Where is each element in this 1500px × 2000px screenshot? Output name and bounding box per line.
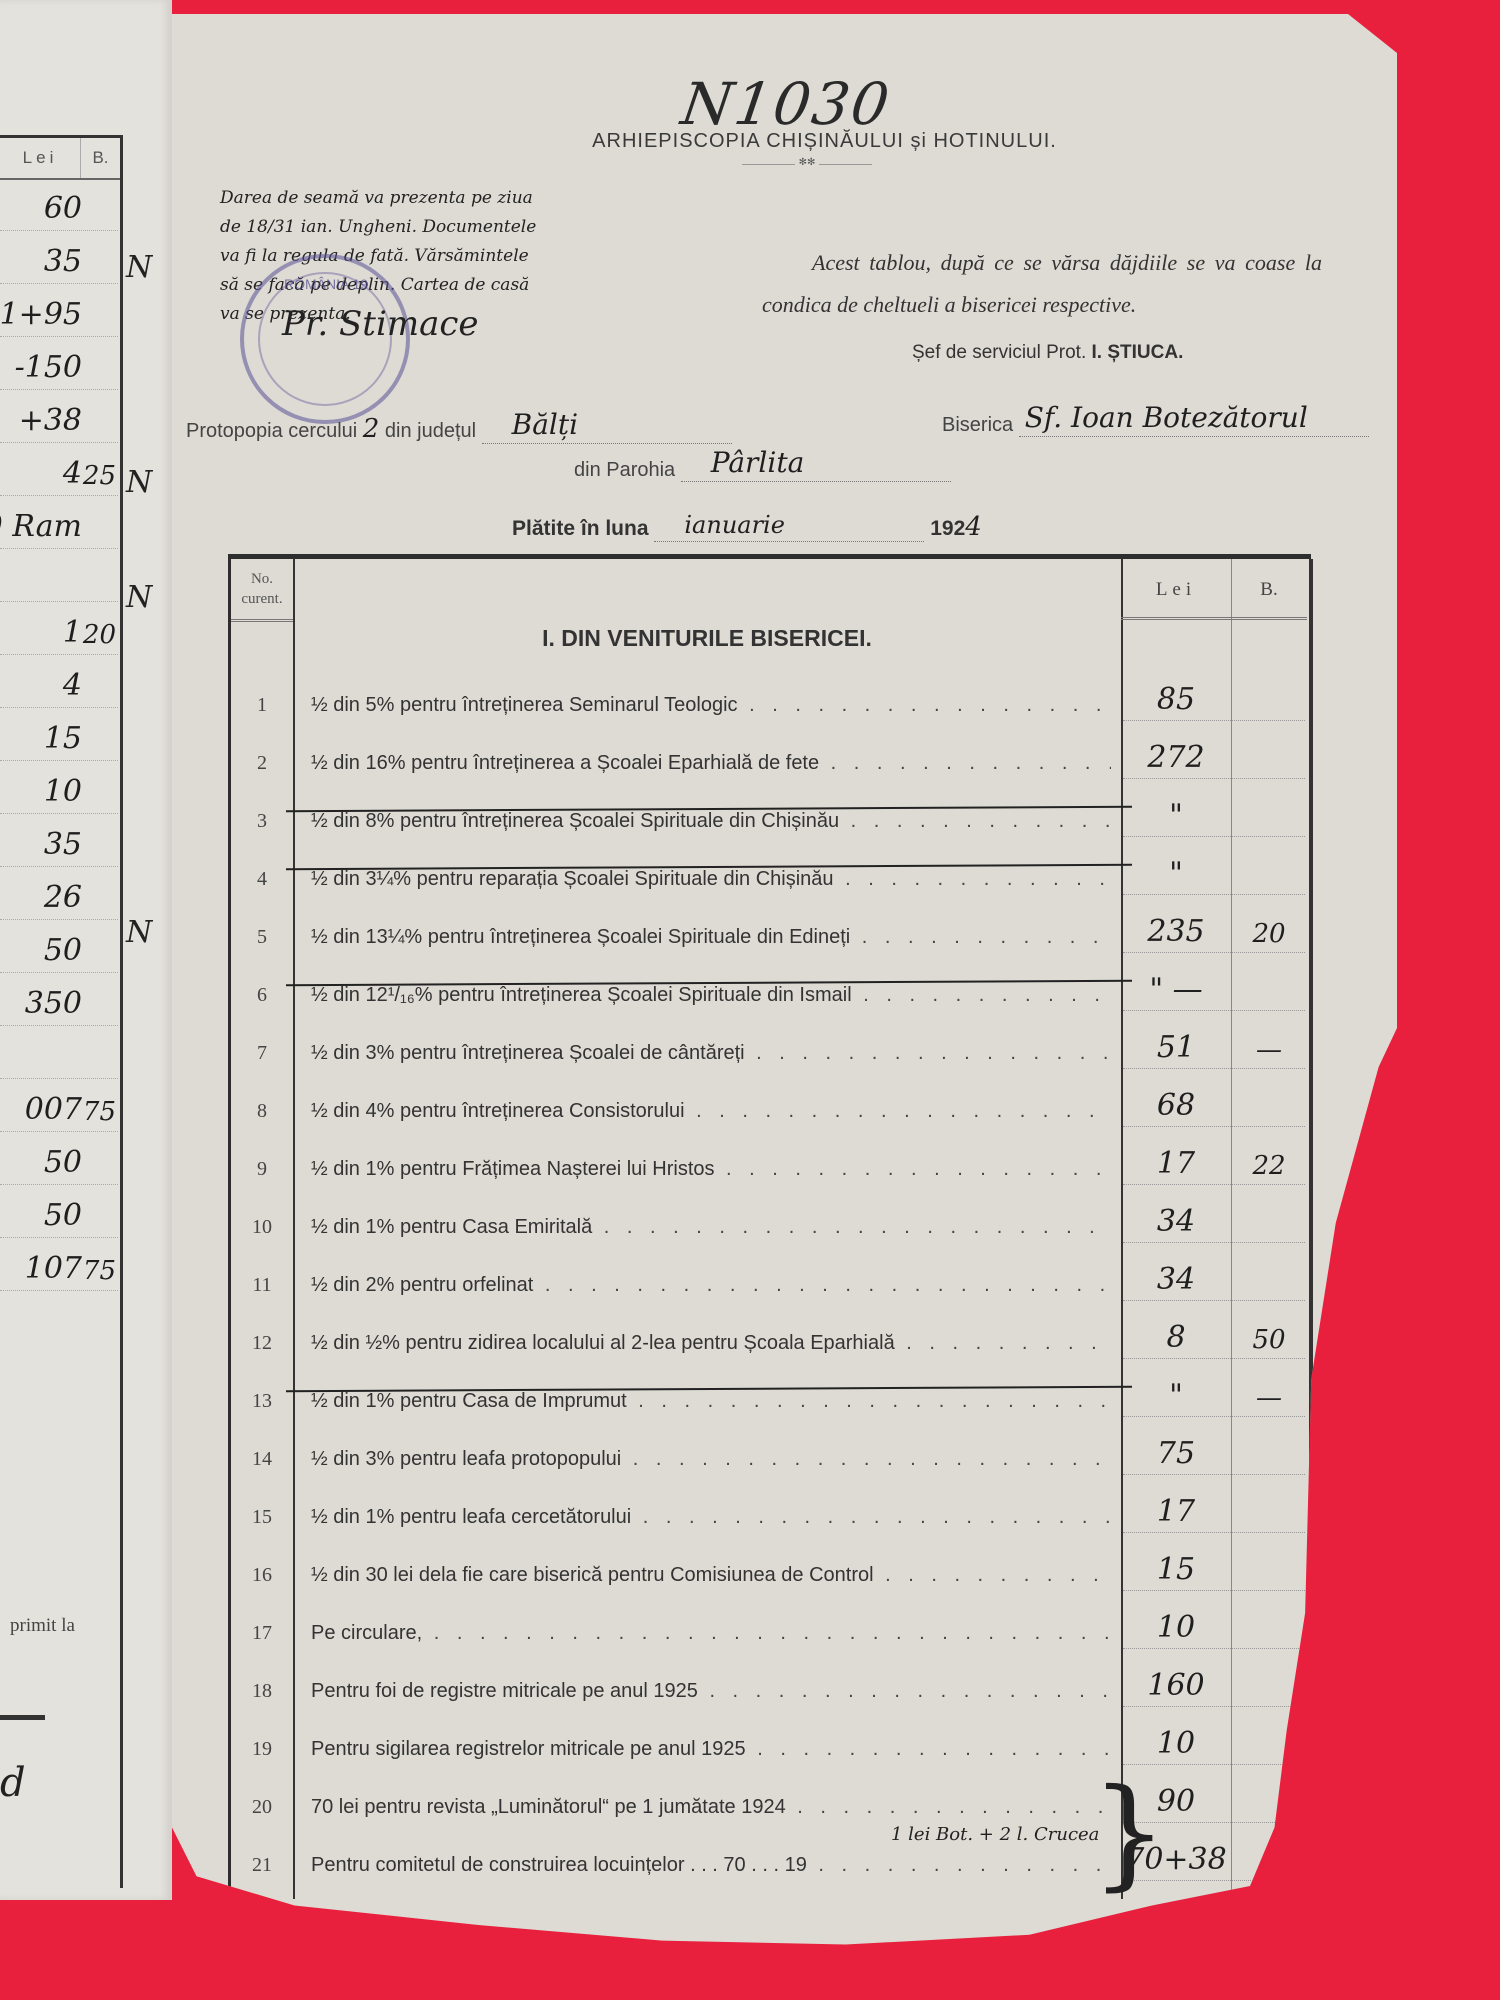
row-number: 18 bbox=[231, 1680, 293, 1703]
row-amount-bani: 20 bbox=[83, 620, 116, 650]
table-row: 3½ din 8% pentru întreținerea Școalei Sp… bbox=[231, 780, 1307, 837]
row-description: ½ din 4% pentru întreținerea Consistorul… bbox=[311, 1100, 1111, 1123]
row-amount-lei: 160 bbox=[1121, 1668, 1231, 1703]
field-value: 2 bbox=[363, 414, 380, 444]
table-row: 16½ din 30 lei dela fie care biserică pe… bbox=[231, 1534, 1307, 1591]
row-amount-lei: 007 bbox=[25, 1092, 82, 1127]
row-description: ½ din 1% pentru Frățimea Nașterei lui Hr… bbox=[311, 1158, 1111, 1181]
table-row: 18Pentru foi de registre mitricale pe an… bbox=[231, 1650, 1307, 1707]
previous-page-row: 50 bbox=[0, 1134, 118, 1185]
row-rule bbox=[1123, 1532, 1305, 1533]
row-number: 16 bbox=[231, 1564, 293, 1587]
table-row: 1½ din 5% pentru întreținerea Seminarul … bbox=[231, 664, 1307, 721]
table-row: 4½ din 3¼% pentru reparația Școalei Spir… bbox=[231, 838, 1307, 895]
row-amount-lei: 235 bbox=[1121, 914, 1231, 949]
previous-page-row: +38 bbox=[0, 392, 118, 443]
field-biserica: Biserica Sf. Ioan Botezătorul bbox=[942, 414, 1369, 437]
row-number: 6 bbox=[231, 984, 293, 1007]
previous-page-row bbox=[0, 551, 118, 602]
previous-page-row: 3/sa 30 Ram bbox=[0, 498, 118, 549]
row-rule bbox=[1123, 1706, 1305, 1707]
row-amount-lei: 350 bbox=[25, 986, 82, 1021]
row-amount-lei: 1 bbox=[63, 615, 82, 650]
row-rule bbox=[1123, 1358, 1305, 1359]
row-amount-lei: 50 bbox=[44, 1198, 82, 1233]
previous-page-row: 350 bbox=[0, 975, 118, 1026]
row-description: ½ din 1% pentru Casa de Imprumut bbox=[311, 1390, 1111, 1413]
row-number: 7 bbox=[231, 1042, 293, 1065]
previous-page-row: 35 bbox=[0, 233, 118, 284]
field-label: din județul bbox=[385, 420, 476, 442]
table-row: 7½ din 3% pentru întreținerea Școalei de… bbox=[231, 1012, 1307, 1069]
field-label: Protopopia cercului bbox=[186, 420, 357, 442]
row-amount-bani: 20 bbox=[1231, 919, 1307, 949]
title-ornament: ✻✻ bbox=[742, 164, 872, 176]
table-row: 13½ din 1% pentru Casa de Imprumut"— bbox=[231, 1360, 1307, 1417]
row-rule bbox=[1123, 1474, 1305, 1475]
row-amount-lei: " bbox=[1121, 798, 1231, 833]
table-row: 19Pentru sigilarea registrelor mitricale… bbox=[231, 1708, 1307, 1765]
signatory-name: I. ȘTIUCA. bbox=[1092, 342, 1184, 363]
row-amount-lei: 4 bbox=[63, 456, 82, 491]
previous-page-row: 35 bbox=[0, 816, 118, 867]
row-description: ½ din 3% pentru întreținerea Școalei de … bbox=[311, 1042, 1111, 1065]
row-amount-lei: 75 bbox=[1121, 1436, 1231, 1471]
stamp-signature: Pr. Stimace bbox=[282, 304, 479, 344]
row-amount-lei: 3/sa 30 Ram bbox=[0, 509, 82, 544]
table-row: 15½ din 1% pentru leafa cercetătorului17 bbox=[231, 1476, 1307, 1533]
table-row: 8½ din 4% pentru întreținerea Consistoru… bbox=[231, 1070, 1307, 1127]
row-amount-lei: 17 bbox=[1121, 1494, 1231, 1529]
signatory-label: Șef de serviciul Prot. bbox=[912, 342, 1086, 363]
previous-page-row: 10 bbox=[0, 763, 118, 814]
row-amount-bani: 50 bbox=[1231, 1325, 1307, 1355]
row-amount-lei: 10 bbox=[1121, 1726, 1231, 1761]
previous-page-row: 15 bbox=[0, 710, 118, 761]
row-amount-lei: 85 bbox=[1121, 682, 1231, 717]
row-amount-lei: " — bbox=[1121, 972, 1231, 1007]
row-amount-lei: 50 bbox=[44, 933, 82, 968]
row-number: 3 bbox=[231, 810, 293, 833]
row-description: ½ din ½% pentru zidirea localului al 2-l… bbox=[311, 1332, 1111, 1355]
margin-check-mark: N bbox=[126, 250, 152, 285]
row-annotation: 1 lei Bot. + 2 l. Crucea bbox=[891, 1824, 1099, 1845]
previous-page-row: 4 bbox=[0, 657, 118, 708]
row-description: ½ din 30 lei dela fie care biserică pent… bbox=[311, 1564, 1111, 1587]
row-number: 5 bbox=[231, 926, 293, 949]
row-rule bbox=[1123, 1242, 1305, 1243]
margin-check-mark: N bbox=[126, 580, 152, 615]
row-number: 2 bbox=[231, 752, 293, 775]
row-amount-lei: 34 bbox=[1121, 1262, 1231, 1297]
column-header-no: No. curent. bbox=[231, 569, 293, 609]
row-rule bbox=[1123, 720, 1305, 721]
row-amount-lei: 10 bbox=[1121, 1610, 1231, 1645]
row-description: ½ din 3¼% pentru reparația Școalei Spiri… bbox=[311, 868, 1111, 891]
previous-page-row: -150 bbox=[0, 339, 118, 390]
field-value: Sf. Ioan Botezătorul bbox=[1025, 401, 1308, 434]
row-description: ½ din 8% pentru întreținerea Școalei Spi… bbox=[311, 810, 1111, 833]
row-description: Pentru foi de registre mitricale pe anul… bbox=[311, 1680, 1111, 1703]
row-amount-lei: 60 bbox=[44, 191, 82, 226]
row-amount-lei: +38 bbox=[19, 403, 82, 438]
previous-page-row: 50 bbox=[0, 1187, 118, 1238]
row-description: ½ din 1% pentru Casa Emiritală bbox=[311, 1216, 1111, 1239]
row-amount-lei: 26 bbox=[44, 880, 82, 915]
row-description: ½ din 2% pentru orfelinat bbox=[311, 1274, 1111, 1297]
column-header-bani: B. bbox=[1231, 579, 1307, 601]
field-label: Biserica bbox=[942, 414, 1013, 436]
row-amount-lei: -150 bbox=[15, 350, 82, 385]
column-header-bani: B. bbox=[81, 138, 120, 178]
stamp-text: ROMÂNIA 19 bbox=[284, 276, 368, 292]
row-number: 12 bbox=[231, 1332, 293, 1355]
row-rule bbox=[1123, 1300, 1305, 1301]
row-rule bbox=[1123, 1126, 1305, 1127]
row-number: 20 bbox=[231, 1796, 293, 1819]
table-row: 17Pe circulare,10 bbox=[231, 1592, 1307, 1649]
table-row: 12½ din ½% pentru zidirea localului al 2… bbox=[231, 1302, 1307, 1359]
field-judet: Bălți bbox=[482, 423, 732, 444]
row-rule bbox=[1123, 1590, 1305, 1591]
row-number: 14 bbox=[231, 1448, 293, 1471]
row-description: ½ din 5% pentru întreținerea Seminarul T… bbox=[311, 694, 1111, 717]
previous-page-row: 00775 bbox=[0, 1081, 118, 1132]
row-rule bbox=[1123, 836, 1305, 837]
row-rule bbox=[1123, 1184, 1305, 1185]
field-label: din Parohia bbox=[574, 459, 675, 481]
row-number: 10 bbox=[231, 1216, 293, 1239]
row-amount-lei: " bbox=[1121, 856, 1231, 891]
previous-page-row: 1+95 bbox=[0, 286, 118, 337]
row-amount-bani: 22 bbox=[1231, 1151, 1307, 1181]
previous-page-footer-text: primit la bbox=[10, 1615, 75, 1637]
table-row: 14½ din 3% pentru leafa protopopului75 bbox=[231, 1418, 1307, 1475]
table-row: 2½ din 16% pentru întreținerea a Școalei… bbox=[231, 722, 1307, 779]
row-rule bbox=[1123, 1010, 1305, 1011]
field-label: Plătite în luna bbox=[512, 517, 649, 540]
row-rule bbox=[1123, 894, 1305, 895]
table-row: 21Pentru comitetul de construirea locuin… bbox=[231, 1824, 1307, 1881]
row-amount-lei: 1+95 bbox=[0, 297, 82, 332]
row-amount-lei: 272 bbox=[1121, 740, 1231, 775]
row-number: 17 bbox=[231, 1622, 293, 1645]
signatory: Șef de serviciul Prot. I. ȘTIUCA. bbox=[912, 342, 1183, 364]
previous-page-row: 10775 bbox=[0, 1240, 118, 1291]
instruction-text: Acest tablou, după ce se vărsa dăjdiile … bbox=[762, 242, 1322, 326]
section-title: I. DIN VENITURILE BISERICEI. bbox=[293, 625, 1121, 652]
row-amount-bani: — bbox=[1231, 1035, 1307, 1065]
row-amount-lei: 35 bbox=[44, 244, 82, 279]
column-header-lei: Lei bbox=[0, 138, 81, 178]
table-row: 9½ din 1% pentru Frățimea Nașterei lui H… bbox=[231, 1128, 1307, 1185]
row-amount-lei: 68 bbox=[1121, 1088, 1231, 1123]
row-amount-lei: 15 bbox=[1121, 1552, 1231, 1587]
previous-page-fragment: Lei B. 60351+95-150+384253/sa 30 Ram1204… bbox=[0, 0, 172, 1900]
document-title: ARHIEPISCOPIA CHIȘINĂULUI și HOTINULUI. bbox=[172, 130, 1397, 153]
year-printed: 192 bbox=[930, 517, 965, 540]
field-luna: Plătite în luna ianuarie 1924 bbox=[512, 512, 982, 542]
row-amount-lei: 107 bbox=[25, 1251, 82, 1286]
table-row: 5½ din 13¼% pentru întreținerea Școalei … bbox=[231, 896, 1307, 953]
row-number: 13 bbox=[231, 1390, 293, 1413]
margin-check-mark: N bbox=[126, 465, 152, 500]
row-description: Pentru comitetul de construirea locuințe… bbox=[311, 1854, 1111, 1877]
field-protopopia: Protopopia cercului 2 din județul Bălți bbox=[186, 414, 732, 444]
table-row: 11½ din 2% pentru orfelinat34 bbox=[231, 1244, 1307, 1301]
row-amount-lei: 34 bbox=[1121, 1204, 1231, 1239]
row-description: ½ din 12¹/₁₆% pentru întreținerea Școale… bbox=[311, 984, 1111, 1007]
field-value: Pârlita bbox=[711, 446, 805, 479]
row-amount-bani: 75 bbox=[83, 1097, 116, 1127]
column-header-lei: Lei bbox=[1121, 579, 1231, 601]
row-amount-lei: 17 bbox=[1121, 1146, 1231, 1181]
ledger-form-page: N1030 ARHIEPISCOPIA CHIȘINĂULUI și HOTIN… bbox=[172, 14, 1397, 1964]
previous-page-header: Lei B. bbox=[0, 138, 120, 180]
row-amount-lei: 15 bbox=[44, 721, 82, 756]
document-number: N1030 bbox=[677, 70, 895, 138]
previous-page-row: 26 bbox=[0, 869, 118, 920]
revenue-table: No. curent. Lei B. I. DIN VENITURILE BIS… bbox=[228, 554, 1311, 1899]
brace-mark: } bbox=[1091, 1774, 1167, 1894]
table-row: 6½ din 12¹/₁₆% pentru întreținerea Școal… bbox=[231, 954, 1307, 1011]
row-amount-lei: 51 bbox=[1121, 1030, 1231, 1065]
previous-page-row: 425 bbox=[0, 445, 118, 496]
row-rule bbox=[1123, 952, 1305, 953]
field-value: Bălți bbox=[512, 408, 578, 441]
field-value: ianuarie bbox=[684, 511, 785, 539]
year-written: 4 bbox=[965, 512, 982, 542]
row-number: 19 bbox=[231, 1738, 293, 1761]
row-rule bbox=[1123, 1068, 1305, 1069]
row-rule bbox=[1123, 1648, 1305, 1649]
table-row: 10½ din 1% pentru Casa Emiritală34 bbox=[231, 1186, 1307, 1243]
row-description: Pe circulare, bbox=[311, 1622, 1111, 1645]
previous-page-row: 50 bbox=[0, 922, 118, 973]
previous-page-row bbox=[0, 1028, 118, 1079]
row-amount-lei: 35 bbox=[44, 827, 82, 862]
row-number: 9 bbox=[231, 1158, 293, 1181]
row-number: 21 bbox=[231, 1854, 293, 1877]
row-number: 1 bbox=[231, 694, 293, 717]
row-number: 4 bbox=[231, 868, 293, 891]
margin-check-mark: N bbox=[126, 915, 152, 950]
row-rule bbox=[1123, 778, 1305, 779]
row-amount-bani: 75 bbox=[83, 1256, 116, 1286]
row-amount-bani: — bbox=[1231, 1383, 1307, 1413]
row-amount-bani: 25 bbox=[83, 461, 116, 491]
row-amount-lei: " bbox=[1121, 1378, 1231, 1413]
row-rule bbox=[1123, 1416, 1305, 1417]
previous-page-row: 120 bbox=[0, 604, 118, 655]
row-description: ½ din 13¼% pentru întreținerea Școalei S… bbox=[311, 926, 1111, 949]
row-amount-lei: 8 bbox=[1121, 1320, 1231, 1355]
row-number: 15 bbox=[231, 1506, 293, 1529]
row-amount-lei: 10 bbox=[44, 774, 82, 809]
previous-page-row: 60 bbox=[0, 180, 118, 231]
previous-page-signature: d bbox=[0, 1760, 26, 1806]
row-description: ½ din 3% pentru leafa protopopului bbox=[311, 1448, 1111, 1471]
field-parohia: din Parohia Pârlita bbox=[574, 459, 951, 482]
row-number: 8 bbox=[231, 1100, 293, 1123]
row-description: ½ din 16% pentru întreținerea a Școalei … bbox=[311, 752, 1111, 775]
row-description: ½ din 1% pentru leafa cercetătorului bbox=[311, 1506, 1111, 1529]
row-amount-lei: 4 bbox=[63, 668, 82, 703]
row-description: 70 lei pentru revista „Luminătorul“ pe 1… bbox=[311, 1796, 1111, 1819]
divider bbox=[0, 1715, 45, 1720]
row-number: 11 bbox=[231, 1274, 293, 1297]
row-description: Pentru sigilarea registrelor mitricale p… bbox=[311, 1738, 1111, 1761]
row-amount-lei: 50 bbox=[44, 1145, 82, 1180]
